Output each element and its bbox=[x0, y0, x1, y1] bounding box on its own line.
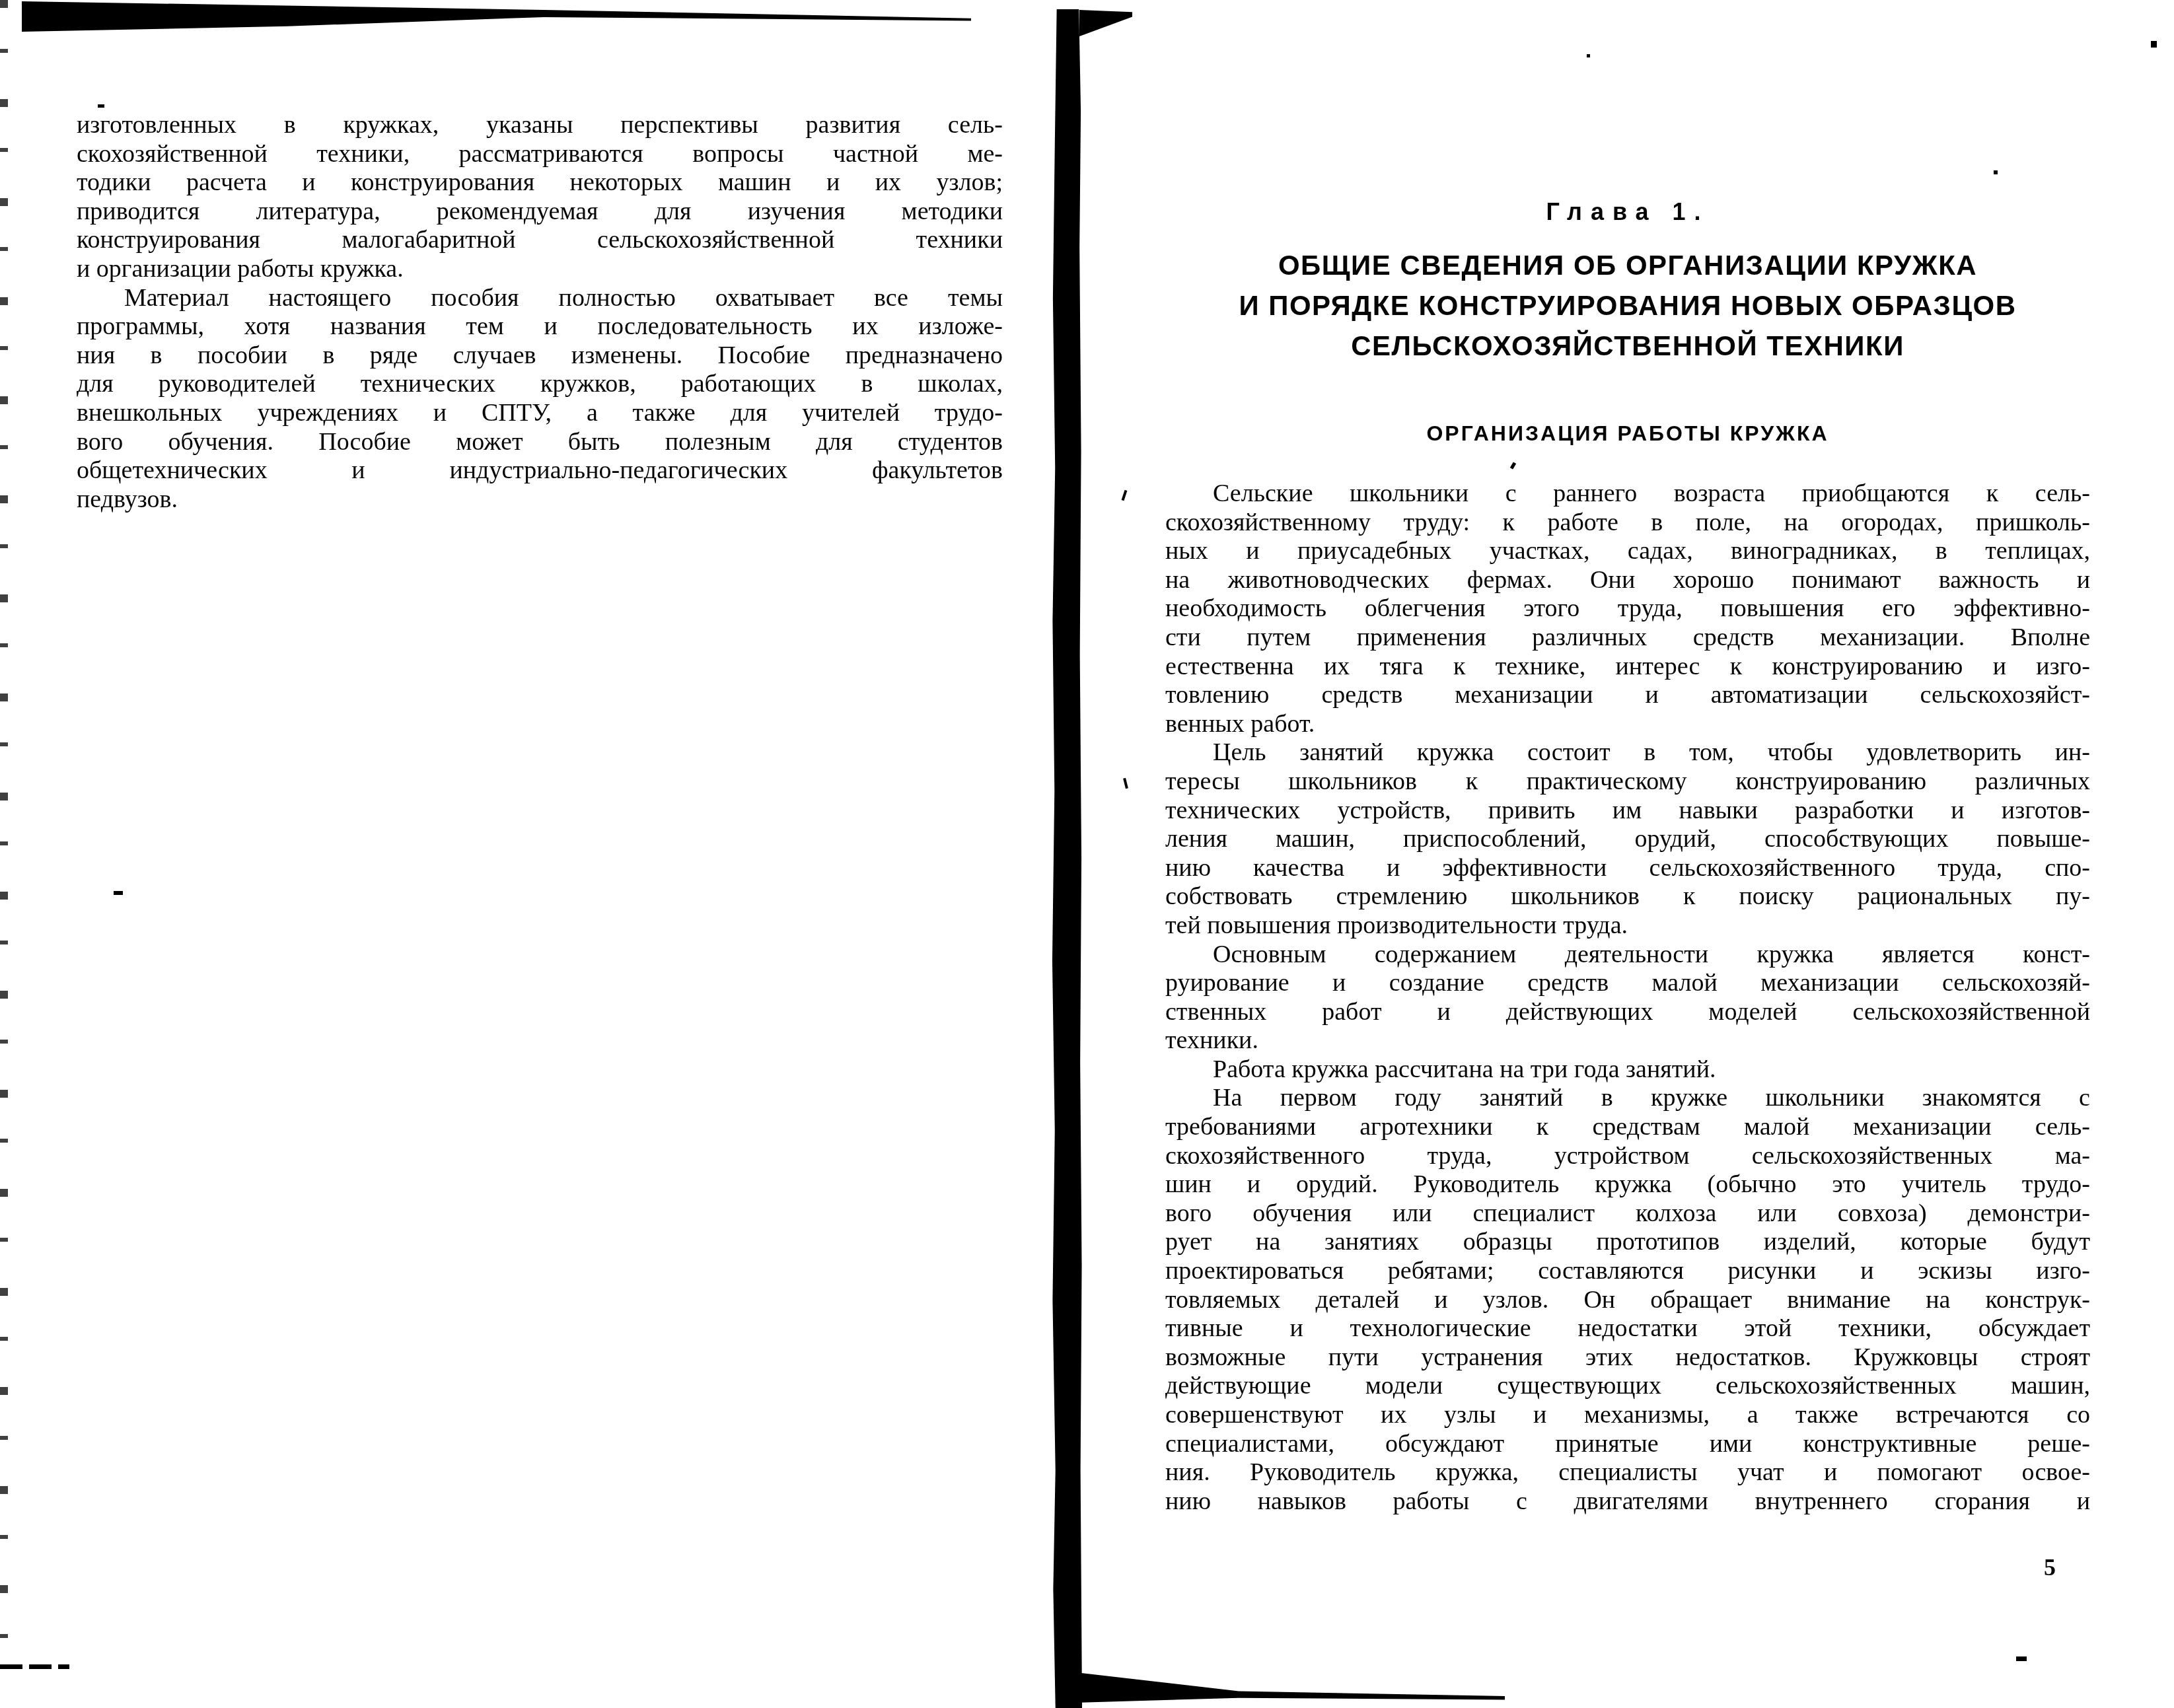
text-line: скохозяйственному труду: к работе в поле… bbox=[1165, 509, 2090, 538]
text-line: товляемых деталей и узлов. Он обращает в… bbox=[1165, 1286, 2090, 1315]
chapter-title-line: И ПОРЯДКЕ КОНСТРУИРОВАНИЯ НОВЫХ ОБРАЗЦОВ bbox=[1165, 290, 2090, 330]
book-gutter-shadow bbox=[1051, 9, 1083, 1708]
gutter-fuzz-artifact bbox=[0, 0, 8, 1664]
text-line: для руководителей технических кружков, р… bbox=[77, 370, 1003, 399]
text-line: скохозяйственной техники, рассматриваютс… bbox=[77, 140, 1003, 169]
scan-speck bbox=[1994, 170, 1998, 174]
text-line: на животноводческих фермах. Они хорошо п… bbox=[1165, 566, 2090, 595]
chapter-label: Глава 1. bbox=[1165, 198, 2090, 226]
text-line: ных и приусадебных участках, садах, вино… bbox=[1165, 537, 2090, 566]
text-line: Материал настоящего пособия полностью ох… bbox=[77, 284, 1003, 313]
text-line: ния. Руководитель кружка, специалисты уч… bbox=[1165, 1458, 2090, 1487]
gutter-bottom-flare-artifact bbox=[1075, 1672, 1505, 1703]
text-line: ния в пособии в ряде случаев изменены. П… bbox=[77, 341, 1003, 371]
text-line: возможные пути устранения этих недостатк… bbox=[1165, 1343, 2090, 1372]
scan-speck bbox=[1510, 462, 1516, 469]
text-line: тей повышения производительности труда. bbox=[1165, 911, 2090, 941]
text-line: рует на занятиях образцы прототипов изде… bbox=[1165, 1228, 2090, 1257]
left-page-text-block: изготовленных в кружках, указаны перспек… bbox=[77, 111, 1003, 514]
text-line: Сельские школьники с раннего возраста пр… bbox=[1165, 480, 2090, 509]
text-line: программы, хотя названия тем и последова… bbox=[77, 312, 1003, 341]
text-line: специалистами, обсуждают принятые ими ко… bbox=[1165, 1430, 2090, 1459]
text-line: сти путем применения различных средств м… bbox=[1165, 623, 2090, 653]
scan-dash-artifact-top-right bbox=[0, 1664, 69, 1669]
text-line: ления машин, приспособлений, орудий, спо… bbox=[1165, 825, 2090, 854]
text-line: скохозяйственного труда, устройством сел… bbox=[1165, 1142, 2090, 1171]
text-line: тивные и технологические недостатки этой… bbox=[1165, 1314, 2090, 1343]
text-line: необходимость облегчения этого труда, по… bbox=[1165, 594, 2090, 623]
scan-speck bbox=[1587, 54, 1590, 57]
text-line: естественна их тяга к технике, интерес к… bbox=[1165, 653, 2090, 682]
text-line: совершенствуют их узлы и механизмы, а та… bbox=[1165, 1401, 2090, 1430]
text-line: приводится литература, рекомендуемая для… bbox=[77, 197, 1003, 227]
text-line: ственных работ и действующих моделей сел… bbox=[1165, 998, 2090, 1027]
text-line: нию навыков работы с двигателями внутрен… bbox=[1165, 1487, 2090, 1516]
text-line: общетехнических и индустриально-педагоги… bbox=[77, 456, 1003, 485]
section-heading: ОРГАНИЗАЦИЯ РАБОТЫ КРУЖКА bbox=[1165, 421, 2090, 446]
scan-edge-artifact-top-left bbox=[22, 1, 971, 32]
text-line: требованиями агротехники к средствам мал… bbox=[1165, 1113, 2090, 1142]
chapter-title: ОБЩИЕ СВЕДЕНИЯ ОБ ОРГАНИЗАЦИИ КРУЖКАИ ПО… bbox=[1165, 250, 2090, 371]
text-line: внешкольных учреждениях и СПТУ, а также … bbox=[77, 399, 1003, 428]
gutter-top-flare-artifact bbox=[1079, 10, 1132, 36]
page-number: 5 bbox=[2044, 1553, 2056, 1581]
right-page-text-block: Сельские школьники с раннего возраста пр… bbox=[1165, 480, 2090, 1516]
scan-speck bbox=[1122, 490, 1128, 501]
text-line: венных работ. bbox=[1165, 710, 2090, 739]
text-line: Основным содержанием деятельности кружка… bbox=[1165, 941, 2090, 970]
text-line: техники. bbox=[1165, 1026, 2090, 1055]
scan-speck bbox=[2016, 1656, 2027, 1661]
scan-speck bbox=[98, 104, 104, 108]
text-line: действующие модели существующих сельскох… bbox=[1165, 1372, 2090, 1401]
text-line: товлению средств механизации и автоматиз… bbox=[1165, 681, 2090, 710]
text-line: Работа кружка рассчитана на три года зан… bbox=[1165, 1055, 2090, 1085]
text-line: нию качества и эффективности сельскохозя… bbox=[1165, 854, 2090, 883]
text-line: технических устройств, привить им навыки… bbox=[1165, 797, 2090, 826]
text-line: вого обучения или специалист колхоза или… bbox=[1165, 1199, 2090, 1228]
text-line: собствовать стремлению школьников к поис… bbox=[1165, 882, 2090, 911]
text-line: Цель занятий кружка состоит в том, чтобы… bbox=[1165, 738, 2090, 767]
text-line: тодики расчета и конструирования некотор… bbox=[77, 168, 1003, 197]
scan-speck bbox=[114, 891, 123, 895]
chapter-title-line: СЕЛЬСКОХОЗЯЙСТВЕННОЙ ТЕХНИКИ bbox=[1165, 330, 2090, 371]
text-line: педвузов. bbox=[77, 485, 1003, 515]
scan-speck bbox=[2151, 41, 2157, 48]
text-line: На первом году занятий в кружке школьник… bbox=[1165, 1084, 2090, 1113]
text-line: тересы школьников к практическому констр… bbox=[1165, 767, 2090, 797]
chapter-title-line: ОБЩИЕ СВЕДЕНИЯ ОБ ОРГАНИЗАЦИИ КРУЖКА bbox=[1165, 250, 2090, 290]
text-line: проектироваться ребятами; составляются р… bbox=[1165, 1257, 2090, 1286]
text-line: руирование и создание средств малой меха… bbox=[1165, 969, 2090, 998]
text-line: вого обучения. Пособие может быть полезн… bbox=[77, 428, 1003, 457]
text-line: и организации работы кружка. bbox=[77, 255, 1003, 284]
text-line: шин и орудий. Руководитель кружка (обычн… bbox=[1165, 1170, 2090, 1199]
text-line: конструирования малогабаритной сельскохо… bbox=[77, 226, 1003, 255]
book-spread-scan: изготовленных в кружках, указаны перспек… bbox=[0, 0, 2174, 1708]
text-line: изготовленных в кружках, указаны перспек… bbox=[77, 111, 1003, 140]
scan-speck bbox=[1123, 778, 1128, 789]
